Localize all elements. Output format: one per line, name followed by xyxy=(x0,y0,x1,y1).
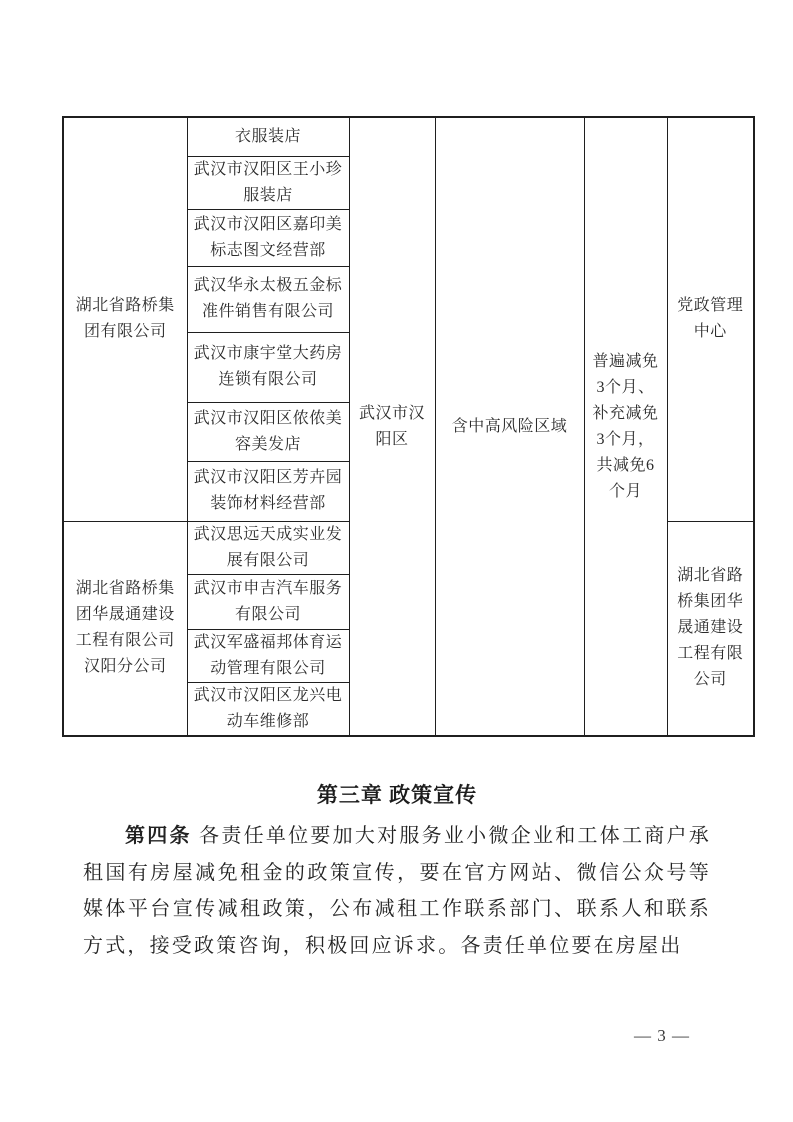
tenant-cell: 武汉思远天成实业发展有限公司 xyxy=(187,521,349,574)
tenant-cell: 衣服装店 xyxy=(187,117,349,156)
article-number-label: 第四条 xyxy=(125,825,192,847)
parent-company-cell: 湖北省路桥集团有限公司 xyxy=(63,117,187,521)
tenant-cell: 武汉市汉阳区王小珍服装店 xyxy=(187,156,349,209)
manager-cell: 党政管理中心 xyxy=(667,117,754,521)
tenant-cell: 武汉华永太极五金标准件销售有限公司 xyxy=(187,266,349,332)
rent-reduction-table: 湖北省路桥集团有限公司 衣服装店 武汉市汉阳区 含中高风险区域 普遍减免3个月、… xyxy=(62,116,755,737)
document-page: 湖北省路桥集团有限公司 衣服装店 武汉市汉阳区 含中高风险区域 普遍减免3个月、… xyxy=(0,0,793,1122)
page-number: — 3 — xyxy=(592,1026,732,1046)
tenant-cell: 武汉市康宇堂大药房连锁有限公司 xyxy=(187,332,349,402)
manager-cell: 湖北省路桥集团华晟通建设工程有限公司 xyxy=(667,521,754,736)
tenant-cell: 武汉市申吉汽车服务有限公司 xyxy=(187,574,349,629)
district-cell: 武汉市汉阳区 xyxy=(349,117,435,736)
risk-area-cell: 含中高风险区域 xyxy=(435,117,584,736)
chapter-heading: 第三章 政策宣传 xyxy=(83,779,711,809)
parent-company-cell: 湖北省路桥集团华晟通建设工程有限公司汉阳分公司 xyxy=(63,521,187,736)
table-row: 湖北省路桥集团有限公司 衣服装店 武汉市汉阳区 含中高风险区域 普遍减免3个月、… xyxy=(63,117,754,156)
tenant-cell: 武汉市汉阳区嘉印美标志图文经营部 xyxy=(187,209,349,266)
tenant-cell: 武汉市汉阳区龙兴电动车维修部 xyxy=(187,682,349,736)
tenant-cell: 武汉军盛福邦体育运动管理有限公司 xyxy=(187,629,349,682)
tenant-cell: 武汉市汉阳区侬侬美容美发店 xyxy=(187,402,349,461)
tenant-cell: 武汉市汉阳区芳卉园装饰材料经营部 xyxy=(187,461,349,521)
reduction-policy-cell: 普遍减免3个月、补充减免3个月，共减免6个月 xyxy=(584,117,667,736)
article-paragraph: 第四条 各责任单位要加大对服务业小微企业和工体工商户承租国有房屋减免租金的政策宣… xyxy=(83,818,711,964)
